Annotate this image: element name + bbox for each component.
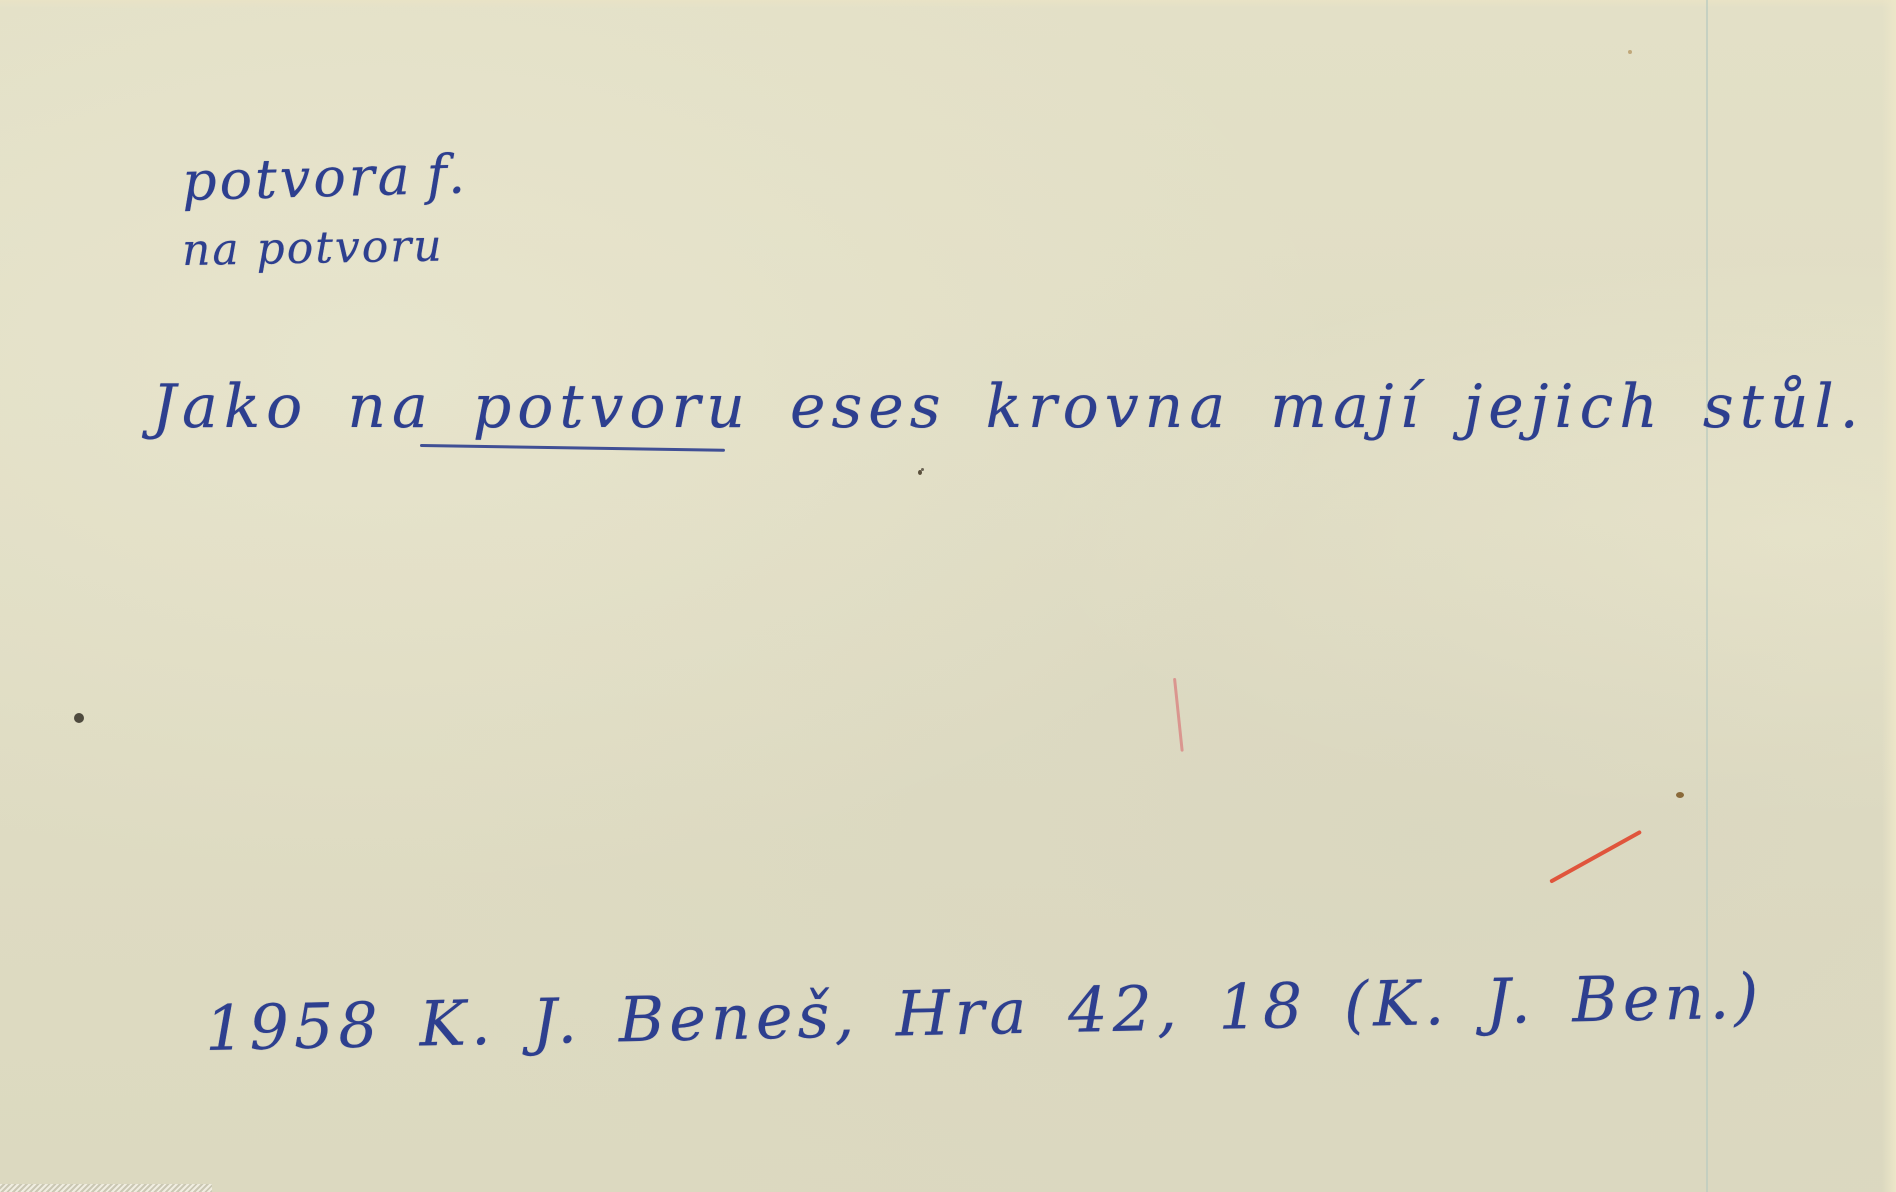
paper-right-edge [1882,0,1896,1192]
paper-speck [74,713,84,723]
example-sentence: Jako na potvoru eses krovna mají jejich … [152,372,1865,442]
example-before: Jako na [152,372,434,442]
citation-author: K. J. Beneš, [419,978,860,1060]
red-pencil-slash [1549,830,1642,883]
scan-edge-strip [0,1184,212,1192]
citation-location: 42, 18 [1067,969,1308,1047]
paper-speck [921,468,924,471]
headword-lemma: potvora [181,144,413,213]
source-citation: 1958 K. J. Beneš, Hra 42, 18 (K. J. Ben.… [204,959,1764,1065]
citation-year: 1958 [204,988,383,1065]
dictionary-slip: potvoraf. na potvoru Jako na potvoru ese… [0,0,1896,1192]
paper-speck [1628,50,1632,54]
idiom-phrase: na potvoru [182,220,444,276]
paper-top-edge [0,0,1896,8]
citation-work: Hra [895,975,1032,1051]
headword: potvoraf. [181,143,469,213]
paper-speck [1676,792,1684,798]
headword-gender: f. [426,143,469,207]
red-pencil-tick [1173,678,1184,752]
example-after: eses krovna mají jejich stůl. [790,372,1865,442]
citation-abbrev: (K. J. Ben.) [1343,959,1764,1041]
keyword-underline [420,444,725,452]
example-keyword: potvoru [473,372,751,442]
